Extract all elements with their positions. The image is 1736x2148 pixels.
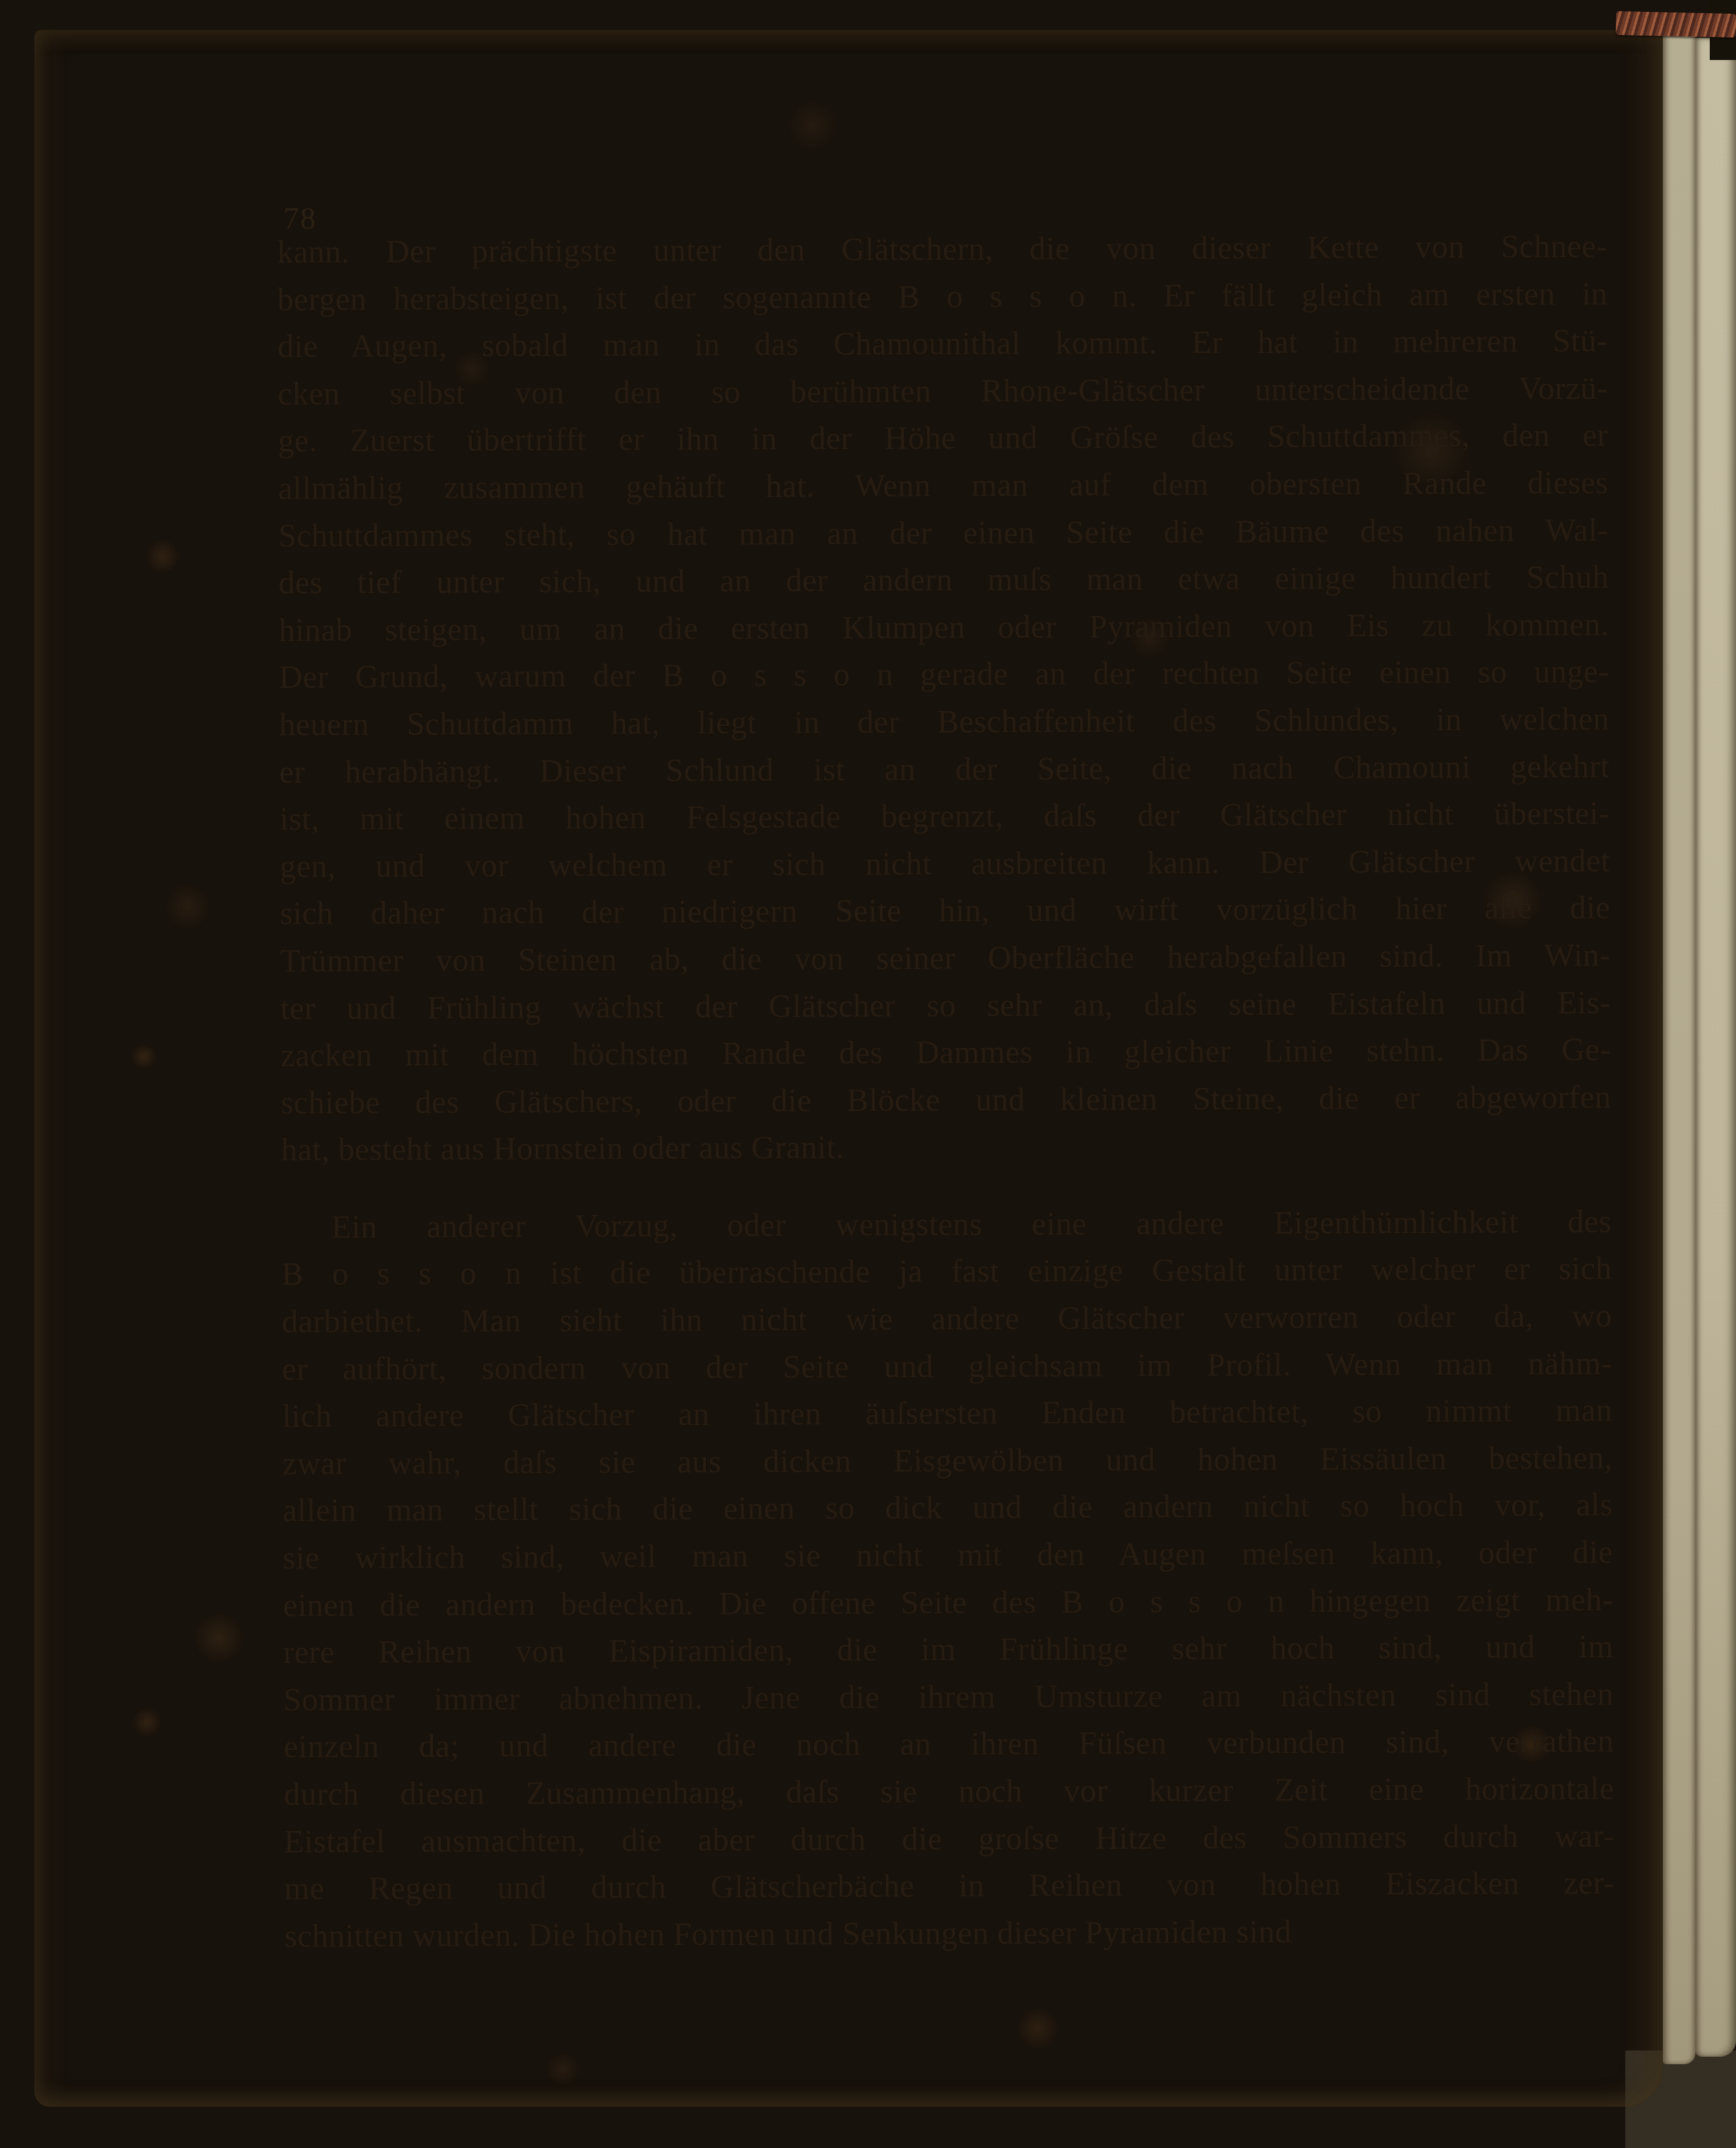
- text-line: zwar wahr, daſs sie aus dicken Eisgewölb…: [282, 1435, 1612, 1488]
- paragraph-2: Ein anderer Vorzug, oder wenigstens eine…: [281, 1198, 1615, 1960]
- text-line: darbiethet. Man sieht ihn nicht wie ande…: [281, 1293, 1612, 1346]
- text-line: heuern Schuttdamm hat, liegt in der Besc…: [279, 696, 1609, 749]
- text-line: des tief unter sich, und an der andern m…: [278, 554, 1608, 607]
- text-line: durch diesen Zusammenhang, daſs sie noch…: [284, 1765, 1614, 1819]
- text-line: einzeln da; und andere die noch an ihren…: [283, 1718, 1613, 1771]
- text-line: sie wirklich sind, weil man sie nicht mi…: [283, 1529, 1613, 1582]
- text-line: er herabhängt. Dieser Schlund ist an der…: [279, 743, 1610, 796]
- text-line: Trümmer von Steinen ab, die von seiner O…: [280, 932, 1610, 985]
- text-line: zacken mit dem höchsten Rande des Dammes…: [281, 1026, 1611, 1080]
- text-line: allein man stellt sich die einen so dick…: [283, 1482, 1613, 1535]
- text-line: cken selbst von den so berühmten Rhone-G…: [278, 364, 1608, 418]
- page-fore-edge: [1663, 35, 1695, 2064]
- text-line: me Regen und durch Glätscherbäche in Rei…: [284, 1860, 1614, 1913]
- text-line: ter und Frühling wächst der Glätscher so…: [280, 979, 1610, 1032]
- text-line: allmählig zusammen gehäuft hat. Wenn man…: [278, 459, 1608, 513]
- text-line: ge. Zuerst übertrifft er ihn in der Höhe…: [278, 412, 1608, 465]
- spine-headband: [1616, 11, 1736, 38]
- paragraph-1: kann. Der prächtigste unter den Glätsche…: [277, 223, 1612, 1174]
- text-line: einen die andern bedecken. Die offene Se…: [283, 1576, 1613, 1629]
- text-line: hinab steigen, um an die ersten Klumpen …: [279, 601, 1609, 654]
- text-line: Schuttdammes steht, so hat man an der ei…: [278, 506, 1608, 560]
- book-page: 78 kann. Der prächtigste unter den Gläts…: [34, 30, 1663, 2107]
- text-line: Der Grund, warum der B o s s o n gerade …: [279, 648, 1609, 701]
- book-scan-background: 78 kann. Der prächtigste unter den Gläts…: [0, 0, 1736, 2148]
- text-line: hat, besteht aus Hornstein oder aus Gran…: [281, 1121, 1611, 1174]
- text-line: er aufhört, sondern von der Seite und gl…: [282, 1340, 1612, 1393]
- text-line: B o s s o n ist die überraschende ja fas…: [281, 1245, 1612, 1298]
- text-line: ist, mit einem hohen Felsgestade begrenz…: [279, 790, 1610, 843]
- text-line: schnitten wurden. Die hohen Formen und S…: [284, 1907, 1615, 1960]
- text-line: gen, und vor welchem er sich nicht ausbr…: [279, 837, 1610, 890]
- text-line: lich andere Glätscher an ihren äuſserste…: [282, 1387, 1612, 1440]
- text-line: Sommer immer abnehmen. Jene die ihrem Um…: [283, 1671, 1613, 1724]
- text-line: bergen herabsteigen, ist der sogenannte …: [277, 270, 1607, 323]
- next-page-edge: [1695, 38, 1736, 2057]
- text-line: kann. Der prächtigste unter den Glätsche…: [277, 223, 1607, 276]
- text-line: rere Reihen von Eispiramiden, die im Frü…: [283, 1624, 1613, 1677]
- text-column: kann. Der prächtigste unter den Glätsche…: [277, 223, 1615, 1960]
- text-line: Eistafel ausmachten, die aber durch die …: [284, 1812, 1614, 1865]
- text-line: die Augen, sobald man in das Chamounitha…: [278, 318, 1608, 371]
- text-line: Ein anderer Vorzug, oder wenigstens eine…: [281, 1198, 1612, 1252]
- text-line: sich daher nach der niedrigern Seite hin…: [280, 885, 1610, 938]
- text-line: schiebe des Glätschers, oder die Blöcke …: [281, 1073, 1611, 1127]
